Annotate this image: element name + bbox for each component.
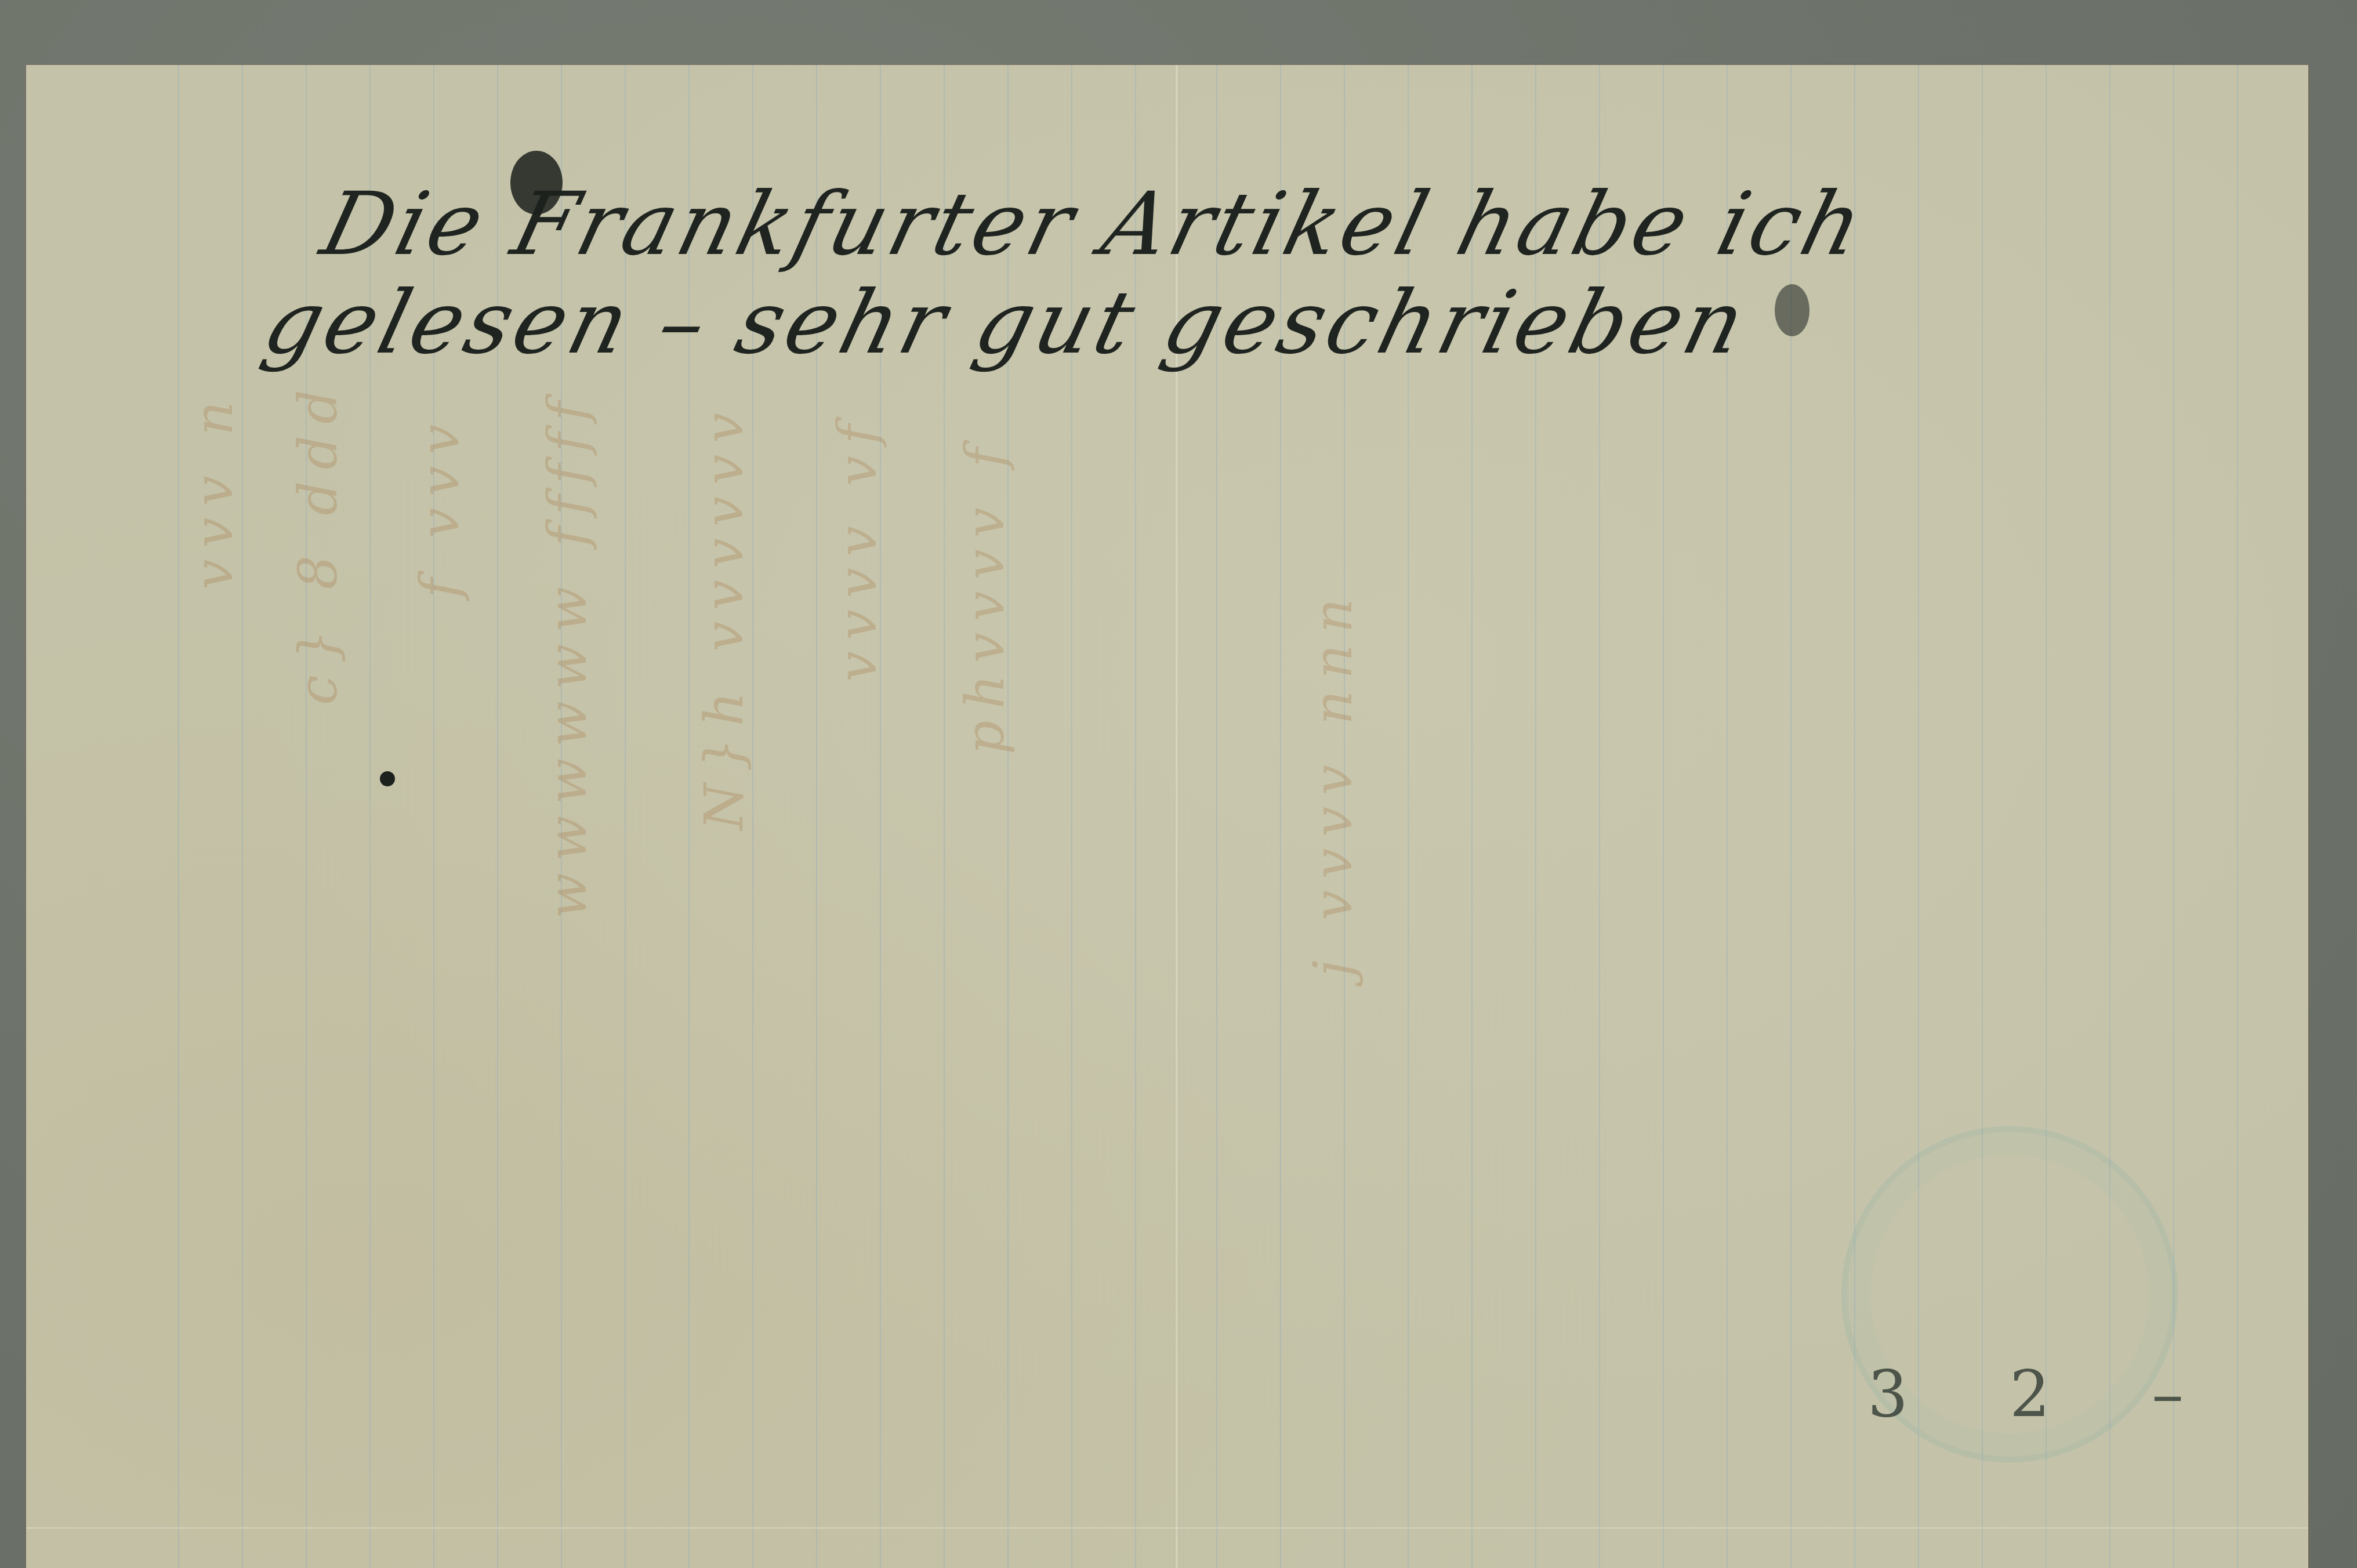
bleed-through-text: wwwwww fffff bbox=[536, 390, 599, 919]
ink-blot bbox=[1775, 284, 1810, 336]
bleed-through-text: c} 8 ddd bbox=[287, 378, 349, 705]
bleed-through-text: vvvv vf bbox=[826, 413, 889, 681]
bleed-through-text: f vvv bbox=[409, 413, 471, 598]
ruled-line bbox=[242, 65, 243, 1568]
ruled-line bbox=[178, 65, 179, 1568]
horizontal-fold bbox=[26, 1526, 2308, 1530]
corner-marks: 3 2 – bbox=[1868, 1357, 2224, 1431]
bleed-through-text: vvv n bbox=[183, 390, 245, 589]
ruled-line bbox=[2173, 65, 2174, 1568]
bleed-through-text: phvvvv f bbox=[954, 436, 1016, 754]
ink-dot bbox=[380, 771, 395, 786]
ruled-line bbox=[2237, 65, 2238, 1568]
bleed-through-text: N}h vvvvvv bbox=[693, 401, 755, 830]
ink-blot bbox=[510, 151, 563, 215]
bleed-through-text: j vvvv nnn bbox=[1302, 587, 1364, 977]
handwriting-line-2: gelesen – sehr gut geschrieben bbox=[254, 273, 1757, 373]
